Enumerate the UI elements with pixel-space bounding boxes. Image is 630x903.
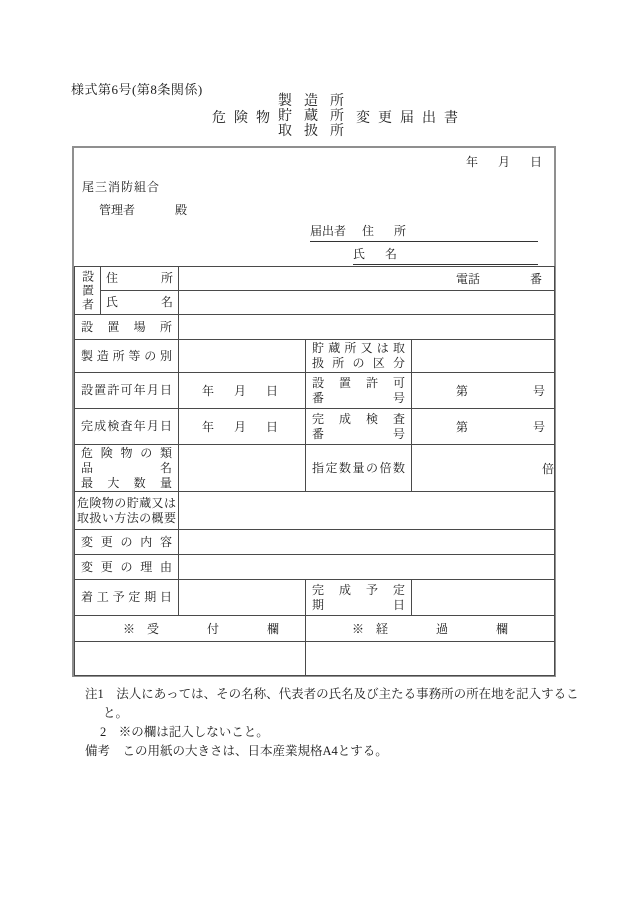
form-outer-box: 年 月 日 尾三消防組合 管理者 殿 届出者 住 所 氏 名 設置者 住所	[72, 146, 556, 677]
phone-label: 電話	[456, 270, 480, 287]
installer-address-value-cell: 電話 番	[179, 267, 555, 291]
storage-category-label-cell: 貯蔵所又は取 扱所の区分	[306, 340, 412, 373]
addressee-honorific: 殿	[175, 201, 187, 218]
quantity-multiple-label-cell: 指定数量の倍数	[306, 445, 412, 492]
installer-name-label-cell: 氏名	[101, 291, 179, 315]
permit-number-prefix: 第	[456, 382, 468, 399]
completion-date-label-cell: 完成予定 期日	[306, 580, 412, 616]
start-date-label-cell: 着工予定期日	[75, 580, 179, 616]
form-title: 危険物 製造所 貯蔵所 取扱所 変更届出書	[24, 94, 630, 139]
start-date-value-cell	[179, 580, 306, 616]
installer-group-cell: 設置者	[75, 267, 101, 315]
inspection-number-label-cell: 完成検査 番号	[306, 409, 412, 445]
note2: 2 ※の欄は記入しないこと。	[100, 725, 269, 739]
title-prefix-hazardous-materials: 危険物	[212, 107, 278, 127]
permit-date-value-cell: 年 月 日	[179, 373, 306, 409]
phone-number-suffix: 番	[530, 270, 542, 287]
handling-summary-label-cell: 危険物の貯蔵又は 取扱い方法の概要	[75, 492, 179, 530]
location-value-cell	[179, 315, 555, 340]
applicant-name-line: 氏 名	[353, 245, 538, 265]
title-facility-handling: 取扱所	[278, 124, 356, 139]
change-content-value-cell	[179, 530, 555, 555]
title-facility-manufacturing: 製造所	[278, 94, 356, 109]
letterhead-block: 年 月 日 尾三消防組合 管理者 殿 届出者 住 所 氏 名	[74, 148, 554, 266]
permit-number-label-cell: 設置許可 番号	[306, 373, 412, 409]
reception-entry-cell	[75, 642, 306, 676]
installer-group-label: 設置者	[76, 270, 100, 312]
inspection-date-label-cell: 完成検査年月日	[75, 409, 179, 445]
inspection-number-value-cell: 第 号	[412, 409, 555, 445]
quantity-multiple-value-cell: 倍	[412, 445, 555, 492]
addressee-title: 管理者	[99, 201, 135, 218]
inspection-number-prefix: 第	[456, 418, 468, 435]
form-table: 設置者 住所 電話 番 氏名 設置場所	[74, 266, 555, 676]
permit-number-value-cell: 第 号	[412, 373, 555, 409]
hazmat-value-cell	[179, 445, 306, 492]
progress-column-header: ※ 経 過 欄	[306, 616, 555, 642]
handling-summary-value-cell	[179, 492, 555, 530]
document-page: { "form_code": "様式第6号(第8条関係)", "title": …	[0, 0, 630, 903]
location-label-cell: 設置場所	[75, 315, 179, 340]
installer-address-label-cell: 住所	[101, 267, 179, 291]
change-content-label-cell: 変更の内容	[75, 530, 179, 555]
applicant-address-label: 住 所	[362, 222, 410, 239]
inspection-number-suffix: 号	[533, 418, 545, 435]
applicant-address-line: 届出者 住 所	[310, 222, 538, 242]
title-facility-stack: 製造所 貯蔵所 取扱所	[278, 94, 356, 139]
title-suffix-change-notification: 変更届出書	[356, 107, 466, 127]
addressee-line: 管理者 殿	[99, 201, 187, 218]
storage-category-value-cell	[412, 340, 555, 373]
applicant-name-label: 氏 名	[353, 245, 401, 262]
completion-date-value-cell	[412, 580, 555, 616]
remark: 備考 この用紙の大きさは、日本産業規格A4とする。	[85, 744, 388, 758]
progress-entry-cell	[306, 642, 555, 676]
note1-line1: 注1 法人にあっては、その名称、代表者の氏名及び主たる事務所の所在地を記入するこ	[85, 687, 579, 701]
inspection-date-value-cell: 年 月 日	[179, 409, 306, 445]
note1-line2: と。	[103, 706, 128, 720]
reception-column-header: ※ 受 付 欄	[75, 616, 306, 642]
applicant-label: 届出者	[310, 222, 346, 239]
fire-department-name: 尾三消防組合	[82, 178, 160, 195]
submission-date-line: 年 月 日	[466, 153, 546, 170]
permit-number-suffix: 号	[533, 382, 545, 399]
facility-type-value-cell	[179, 340, 306, 373]
change-reason-value-cell	[179, 555, 555, 580]
facility-type-label-cell: 製造所等の別	[75, 340, 179, 373]
hazmat-label-cell: 危険物の類 品名 最大数量	[75, 445, 179, 492]
installer-name-value-cell	[179, 291, 555, 315]
permit-date-label-cell: 設置許可年月日	[75, 373, 179, 409]
change-reason-label-cell: 変更の理由	[75, 555, 179, 580]
title-facility-storage: 貯蔵所	[278, 109, 356, 124]
